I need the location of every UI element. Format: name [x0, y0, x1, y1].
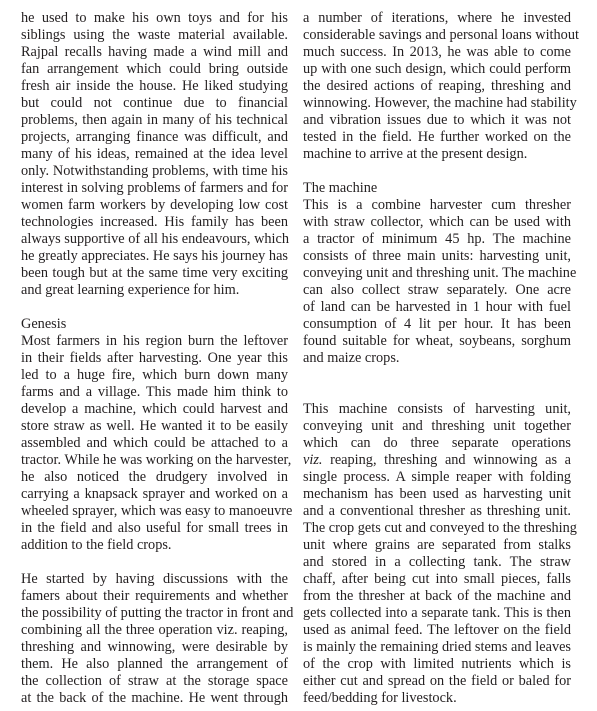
text-line: a number of iterations, where he investe… — [303, 10, 571, 27]
text-line: conveying unit and threshing unit. The m… — [303, 265, 571, 282]
text-line: which can do three separate operations — [303, 435, 571, 452]
text-line: and maize crops. — [303, 350, 571, 367]
text-line: problems, then again in many of his tech… — [21, 112, 288, 129]
text-line: addition to the field crops. — [21, 537, 288, 554]
paragraph-discussions: He started by having discussions with th… — [21, 571, 288, 707]
section-heading-genesis: Genesis — [21, 316, 288, 333]
text-line: This is a combine harvester cum thresher — [303, 197, 571, 214]
text-line: either cut and spread on the field or ba… — [303, 673, 571, 690]
text-line: used as animal feed. The leftover on the… — [303, 622, 571, 639]
paragraph-genesis: Most farmers in his region burn the left… — [21, 333, 288, 554]
text-line: combining all the three operation viz. r… — [21, 622, 288, 639]
paragraph-machine-operation: This machine consists of harvesting unit… — [303, 401, 571, 707]
text-line: The crop gets cut and conveyed to the th… — [303, 520, 571, 537]
text-fragment: reaping, threshing and winnowing as a — [322, 452, 571, 468]
text-line: siblings using the waste material availa… — [21, 27, 288, 44]
paragraph-gap — [303, 163, 571, 180]
text-line: and a conventional thresher as threshing… — [303, 503, 571, 520]
text-line: famers about their requirements and whet… — [21, 588, 288, 605]
text-line: threshing and winnowing, were desirable … — [21, 639, 288, 656]
text-line: is mainly the remaining dried stems and … — [303, 639, 571, 656]
text-line: from the thresher at back of the machine… — [303, 588, 571, 605]
text-line: tested in the field. He further worked o… — [303, 129, 571, 146]
text-line: women farm workers by developing low cos… — [21, 197, 288, 214]
text-line: in their fields after harvesting. One ye… — [21, 350, 288, 367]
paragraph-gap — [21, 299, 288, 316]
text-line: with straw collector, which can be used … — [303, 214, 571, 231]
text-line: and vibration issues due to which it was… — [303, 112, 571, 129]
text-line: he also noticed the drudgery involved in — [21, 469, 288, 486]
text-line: and great learning experience for him. — [21, 282, 288, 299]
right-column: a number of iterations, where he investe… — [303, 10, 571, 707]
text-line: a tractor of minimum 45 hp. The machine — [303, 231, 571, 248]
paragraph-iterations: a number of iterations, where he investe… — [303, 10, 571, 163]
text-line: can also collect straw separately. One a… — [303, 282, 571, 299]
text-line: the possibility of putting the tractor i… — [21, 605, 288, 622]
text-line: always supportive of all his endeavours,… — [21, 231, 288, 248]
left-column: he used to make his own toys and for his… — [21, 10, 288, 707]
text-line: winnowing. However, the machine had stab… — [303, 95, 571, 112]
text-line: technologies increased. His family has b… — [21, 214, 288, 231]
text-line: fan arrangement which could bring outsid… — [21, 61, 288, 78]
paragraph-machine-description: This is a combine harvester cum thresher… — [303, 197, 571, 367]
italic-viz: viz. — [303, 452, 322, 468]
text-line: conveying unit and threshing unit togeth… — [303, 418, 571, 435]
text-line: tractor. While he was working on the har… — [21, 452, 288, 469]
text-line: fresh air inside the house. He liked stu… — [21, 78, 288, 95]
text-line: at the back of the machine. He went thro… — [21, 690, 288, 707]
text-line: many of his ideas, remained at the idea … — [21, 146, 288, 163]
text-line: wheeled sprayer, which was easy to manoe… — [21, 503, 288, 520]
text-line: considerable savings and personal loans … — [303, 27, 571, 44]
text-line: the collection of straw at the storage s… — [21, 673, 288, 690]
text-line: led to a huge fire, which burn down many — [21, 367, 288, 384]
text-line: store straw as well. He wanted it to be … — [21, 418, 288, 435]
text-line: projects, arranging finance was difficul… — [21, 129, 288, 146]
text-line: he greatly appreciates. He says his jour… — [21, 248, 288, 265]
document-page: he used to make his own toys and for his… — [0, 0, 597, 711]
text-line: chaff, after being cut into small pieces… — [303, 571, 571, 588]
text-line: He started by having discussions with th… — [21, 571, 288, 588]
section-heading-the-machine: The machine — [303, 180, 571, 197]
text-line: in the field and also useful for small t… — [21, 520, 288, 537]
text-line: assembled and which could be attached to… — [21, 435, 288, 452]
text-line: consists of three main units: harvesting… — [303, 248, 571, 265]
paragraph-gap — [303, 384, 571, 401]
text-line: farms and a village. This made him think… — [21, 384, 288, 401]
text-line: and stored in a collecting tank. The str… — [303, 554, 571, 571]
text-line: Rajpal recalls having made a wind mill a… — [21, 44, 288, 61]
text-line: unit where grains are separated from sta… — [303, 537, 571, 554]
text-line: Most farmers in his region burn the left… — [21, 333, 288, 350]
text-line: them. He also planned the arrangement of — [21, 656, 288, 673]
text-line: viz. reaping, threshing and winnowing as… — [303, 452, 571, 469]
text-line: of the crop with limited nutrients which… — [303, 656, 571, 673]
text-line: feed/bedding for livestock. — [303, 690, 571, 707]
paragraph-gap — [303, 367, 571, 384]
text-line: the desired actions of reaping, threshin… — [303, 78, 571, 95]
text-line: carrying a knapsack sprayer and worked o… — [21, 486, 288, 503]
text-line: much success. In 2013, he was able to co… — [303, 44, 571, 61]
text-line: gets collected into a separate tank. Thi… — [303, 605, 571, 622]
text-line: only. Notwithstanding problems, with tim… — [21, 163, 288, 180]
text-line: consumption of 4 lit per hour. It has be… — [303, 316, 571, 333]
text-line: mechanism has been used as harvesting un… — [303, 486, 571, 503]
text-line: but could not continue due to financial — [21, 95, 288, 112]
text-line: single process. A simple reaper with fol… — [303, 469, 571, 486]
paragraph-background: he used to make his own toys and for his… — [21, 10, 288, 299]
text-line: This machine consists of harvesting unit… — [303, 401, 571, 418]
paragraph-gap — [21, 554, 288, 571]
text-line: machine to arrive at the present design. — [303, 146, 571, 163]
text-line: he used to make his own toys and for his — [21, 10, 288, 27]
text-line: found suitable for wheat, soybeans, sorg… — [303, 333, 571, 350]
text-line: up with one such design, which could per… — [303, 61, 571, 78]
text-line: develop a machine, which could harvest a… — [21, 401, 288, 418]
text-line: interest in solving problems of farmers … — [21, 180, 288, 197]
text-line: been tough but at the same time very exc… — [21, 265, 288, 282]
text-line: of land can be harvested in 1 hour with … — [303, 299, 571, 316]
